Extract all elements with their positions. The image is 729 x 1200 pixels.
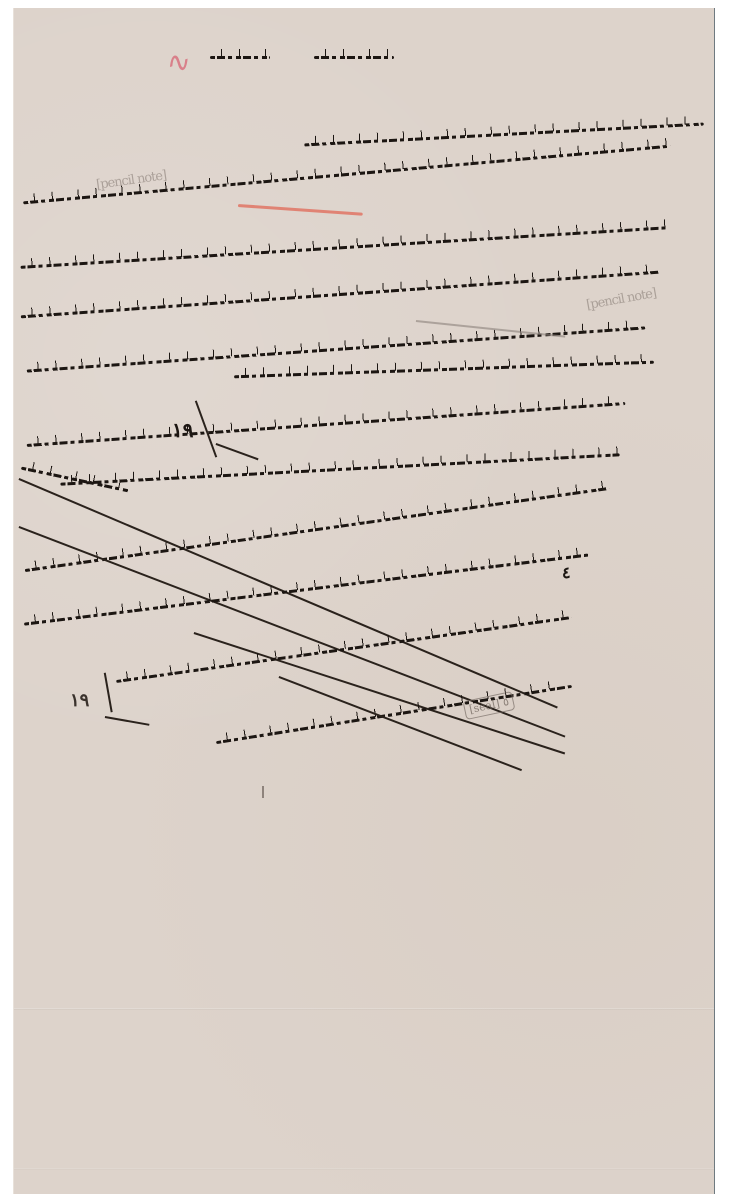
interlinear-pencil-note: [pencil note] [585,286,657,313]
signature-1: ١٩ [signature] [166,388,276,458]
signature-2: ١٩ [signature] [50,668,160,728]
document-sheet: ∿ [handwritten heading, left] [handwritt… [14,8,714,1194]
body-line-7: [body line 7] [27,402,626,447]
paper-mark [262,786,264,798]
body-line-8: [body line 8] [60,453,619,485]
red-pencil-underline [238,204,363,216]
marginal-line-4: [diagonal marginal line 4] [116,616,572,683]
marginal-line-5: [diagonal marginal line 5] [216,685,572,744]
red-marginal-mark: ∿ [159,43,194,84]
body-line-3: [body line 3] [21,226,670,269]
body-line-6: [body line 6] [234,361,654,379]
marginal-line-3: [diagonal marginal line 3] [24,553,590,625]
body-line-4: [body line 4] [21,271,660,319]
fold-crease [14,1008,714,1010]
header-heading-right: [handwritten heading, right] [314,56,394,59]
marginal-line-1: [diagonal marginal line 1] [21,467,129,493]
section-numeral: ٤ [562,563,571,582]
header-heading-left: [handwritten heading, left] [210,56,270,59]
fold-crease [14,1168,714,1170]
